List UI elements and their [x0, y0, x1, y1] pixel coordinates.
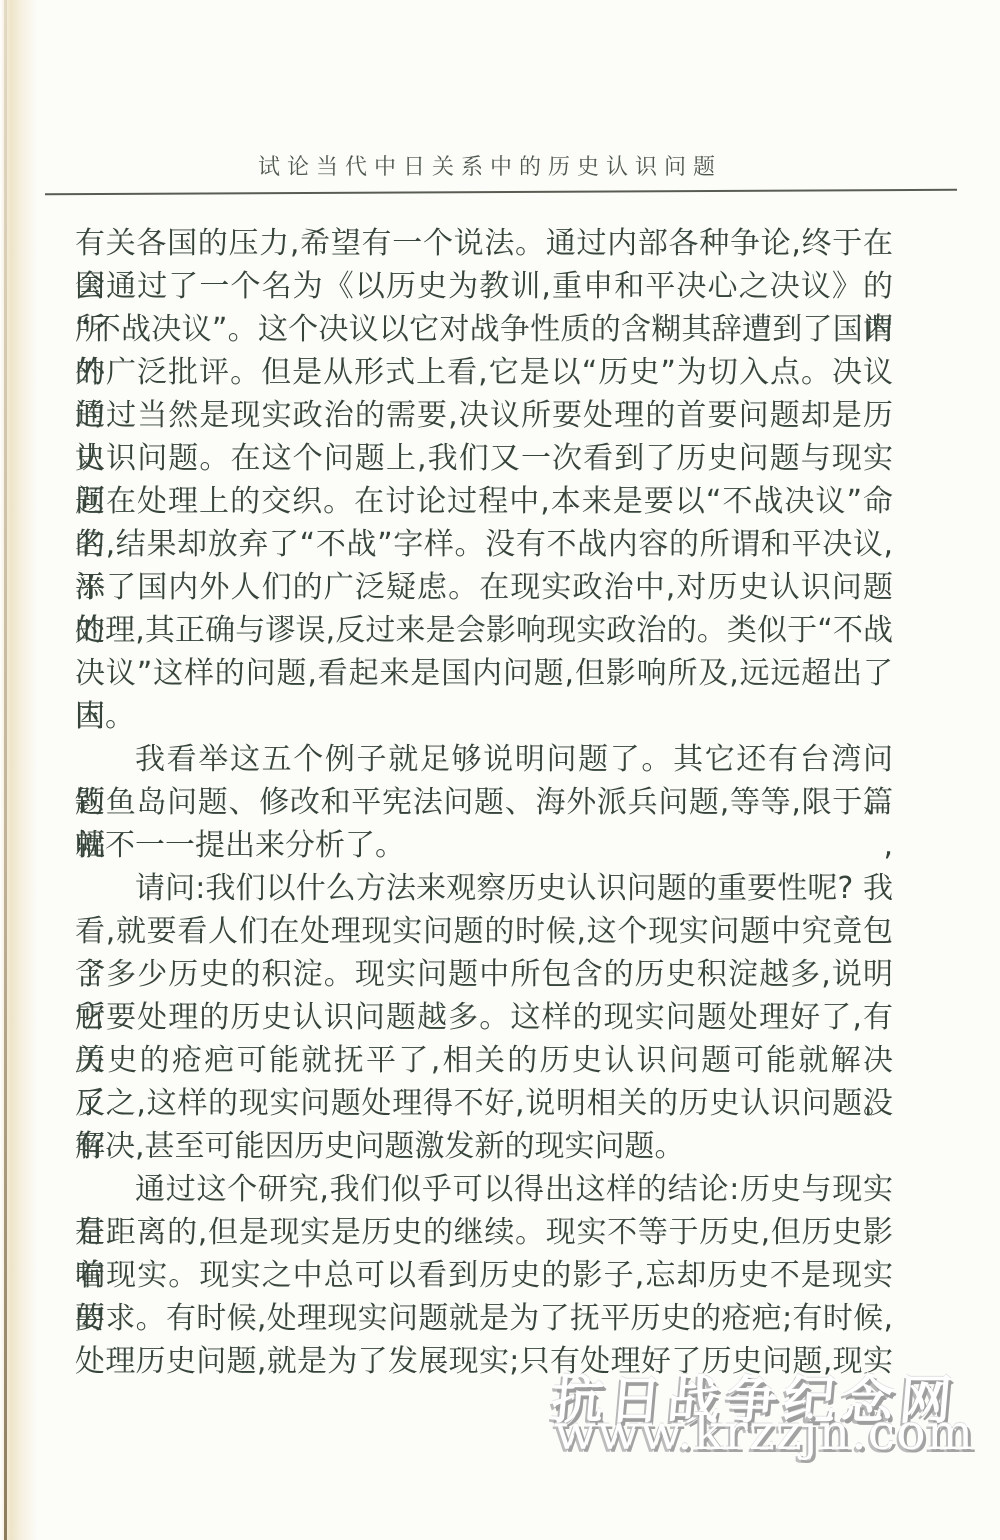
watermark-site-url: www.krzzjn.com [554, 1404, 974, 1461]
text-line: 会通过了一个名为《以历史为教训,重申和平决心之决议》的所谓 [75, 265, 893, 308]
text-line: 历史的疮疤可能就抚平了,相关的历史认识问题可能就解决了。 [75, 1039, 893, 1082]
text-line: 所要处理的历史认识问题越多。这样的现实问题处理好了,有关 [75, 996, 893, 1039]
text-line: 添了国内外人们的广泛疑虑。在现实政治中,对历史认识问题的 [75, 566, 893, 609]
running-title: 试论当代中日关系中的历史认识问题 [75, 150, 905, 181]
text-line: 内。 [75, 695, 893, 738]
text-line: 有关各国的压力,希望有一个说法。通过内部各种争论,终于在国 [75, 222, 893, 265]
text-line: 通过当然是现实政治的需要,决议所要处理的首要问题却是历史 [75, 394, 893, 437]
text-line: 解决,甚至可能因历史问题激发新的现实问题。 [75, 1125, 893, 1168]
text-line: 了多少历史的积淀。现实问题中所包含的历史积淀越多,说明它 [75, 953, 893, 996]
text-line: 处理,其正确与谬误,反过来是会影响现实政治的。类似于“不战 [75, 609, 893, 652]
text-line: 反之,这样的现实问题处理得不好,说明相关的历史认识问题没有 [75, 1082, 893, 1125]
text-line: 的广泛批评。但是从形式上看,它是以“历史”为切入点。决议的 [75, 351, 893, 394]
text-line: 认识问题。在这个问题上,我们又一次看到了历史问题与现实问 [75, 437, 893, 480]
book-page-scan: 试论当代中日关系中的历史认识问题 有关各国的压力,希望有一个说法。通过内部各种争… [0, 0, 1000, 1540]
text-line: 看,就要看人们在处理现实问题的时候,这个现实问题中究竟包含 [75, 910, 893, 953]
text-line: 钓鱼岛问题、修改和平宪法问题、海外派兵问题,等等,限于篇幅, [75, 781, 893, 824]
text-line: 要求。有时候,处理现实问题就是为了抚平历史的疮疤;有时候, [75, 1297, 893, 1340]
text-line: “不战决议”。这个决议以它对战争性质的含糊其辞遭到了国内外 [75, 308, 893, 351]
body-text: 有关各国的压力,希望有一个说法。通过内部各种争论,终于在国会通过了一个名为《以历… [75, 222, 893, 1383]
text-line: 决议”这样的问题,看起来是国内问题,但影响所及,远远超出了国 [75, 652, 893, 695]
page-edge-line [4, 0, 7, 1540]
text-line: 请问:我们以什么方法来观察历史认识问题的重要性呢? 我 [75, 867, 893, 910]
text-line: 我看举这五个例子就足够说明问题了。其它还有台湾问题、 [75, 738, 893, 781]
text-line: 题在处理上的交织。在讨论过程中,本来是要以“不战决议”命名 [75, 480, 893, 523]
text-line: 有距离的,但是现实是历史的继续。现实不等于历史,但历史影响 [75, 1211, 893, 1254]
header-rule [45, 189, 957, 195]
text-line: 通过这个研究,我们似乎可以得出这样的结论:历史与现实是 [75, 1168, 893, 1211]
text-line: 着现实。现实之中总可以看到历史的影子,忘却历史不是现实的 [75, 1254, 893, 1297]
text-line: 的,结果却放弃了“不战”字样。没有不战内容的所谓和平决议,平 [75, 523, 893, 566]
